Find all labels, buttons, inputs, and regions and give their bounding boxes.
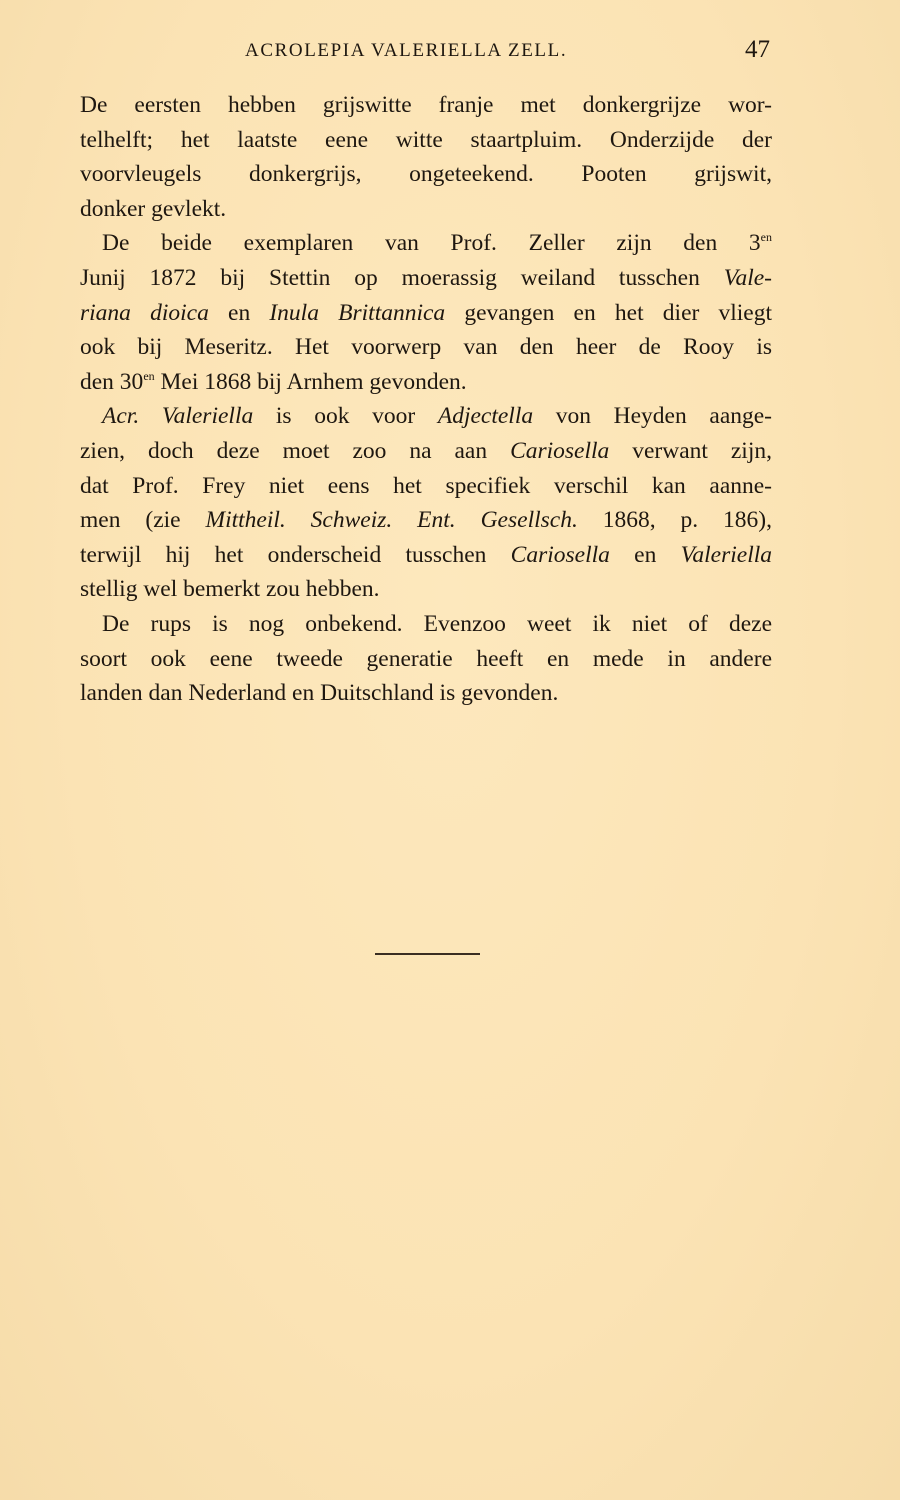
text-line: donker gevlekt. <box>80 192 772 227</box>
running-title: ACROLEPIA VALERIELLA ZELL. <box>245 40 567 62</box>
italic-citation: Mittheil. Schweiz. Ent. Gesellsch. <box>206 507 578 533</box>
text-run: gevangen en het dier vliegt <box>445 300 772 326</box>
text-line: soort ook eene tweede generatie heeft en… <box>80 642 772 677</box>
italic-species-name: Acr. Valeriella <box>102 403 253 429</box>
superscript: en <box>761 230 772 244</box>
text-line: den 30en Mei 1868 bij Arnhem gevonden. <box>80 365 772 400</box>
text-line: De eersten hebben grijswitte franje met … <box>80 88 772 123</box>
running-head: ACROLEPIA VALERIELLA ZELL. 47 <box>80 38 772 68</box>
text-line: stellig wel bemerkt zou hebben. <box>80 572 772 607</box>
body-text: De eersten hebben grijswitte franje met … <box>80 88 772 711</box>
italic-species-name: Cariosella <box>510 438 609 464</box>
text-line: landen dan Nederland en Duitschland is g… <box>80 676 772 711</box>
text-line: terwijl hij het onderscheid tusschen Car… <box>80 538 772 573</box>
text-line: voorvleugels donkergrijs, ongeteekend. P… <box>80 157 772 192</box>
text-line: Junij 1872 bij Stettin op moerassig weil… <box>80 261 772 296</box>
text-run: en <box>610 542 681 568</box>
text-run: en <box>209 300 270 326</box>
text-line: riana dioica en Inula Brittannica gevang… <box>80 296 772 331</box>
italic-species-name: Inula Brittannica <box>269 300 445 326</box>
text-run: Junij 1872 bij Stettin op moerassig weil… <box>80 265 724 291</box>
text-line: dat Prof. Frey niet eens het specifiek v… <box>80 469 772 504</box>
text-run: men (zie <box>80 507 206 533</box>
page-number: 47 <box>745 36 770 64</box>
italic-species-name: Vale- <box>724 265 772 291</box>
italic-species-name: riana dioica <box>80 300 209 326</box>
text-run: is ook voor <box>253 403 438 429</box>
section-end-rule <box>375 953 480 955</box>
text-line: men (zie Mittheil. Schweiz. Ent. Gesells… <box>80 503 772 538</box>
text-run: Mei 1868 bij Arnhem gevonden. <box>155 369 467 395</box>
book-page: ACROLEPIA VALERIELLA ZELL. 47 De eersten… <box>0 0 900 1500</box>
italic-species-name: Cariosella <box>511 542 610 568</box>
text-run: terwijl hij het onderscheid tusschen <box>80 542 511 568</box>
text-line: telhelft; het laatste eene witte staartp… <box>80 123 772 158</box>
text-line: ook bij Meseritz. Het voorwerp van den h… <box>80 330 772 365</box>
text-run: zien, doch deze moet zoo na aan <box>80 438 510 464</box>
text-run: den 30 <box>80 369 143 395</box>
text-line: De rups is nog onbekend. Evenzoo weet ik… <box>80 607 772 642</box>
italic-species-name: Valeriella <box>681 542 772 568</box>
text-line: zien, doch deze moet zoo na aan Cariosel… <box>80 434 772 469</box>
text-run: De beide exemplaren van Prof. Zeller zij… <box>102 230 761 256</box>
italic-species-name: Adjectella <box>438 403 533 429</box>
text-run: verwant zijn, <box>609 438 772 464</box>
text-line: Acr. Valeriella is ook voor Adjectella v… <box>80 399 772 434</box>
text-run: von Heyden aange- <box>533 403 772 429</box>
superscript: en <box>143 369 154 383</box>
text-line: De beide exemplaren van Prof. Zeller zij… <box>80 226 772 261</box>
text-run: 1868, p. 186), <box>578 507 772 533</box>
